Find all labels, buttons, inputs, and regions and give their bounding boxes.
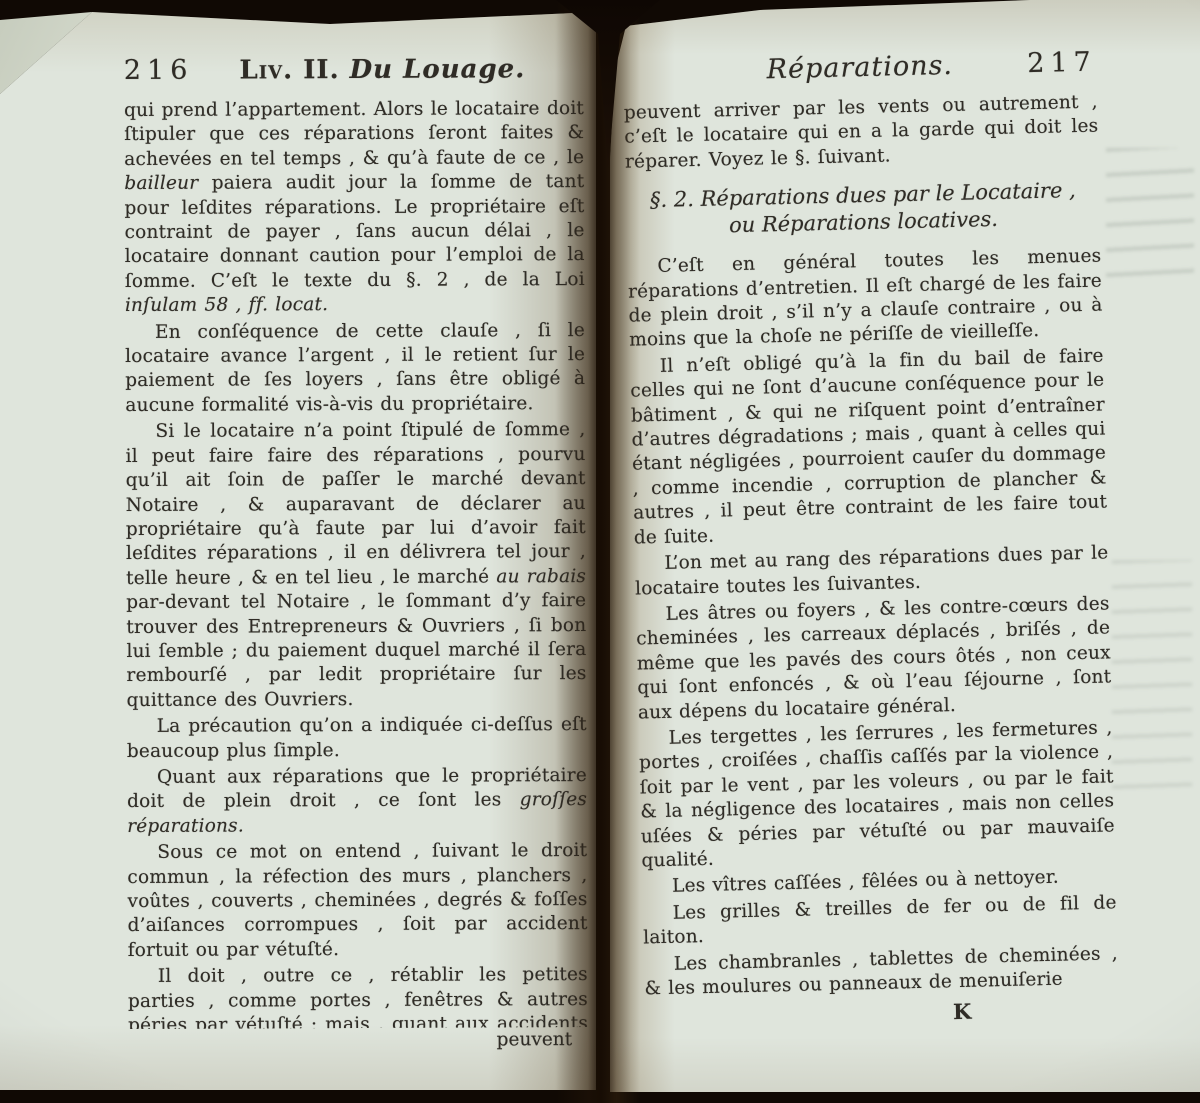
text-run: L’on met au rang des réparations dues pa…: [635, 542, 1109, 599]
right-page-number: 217: [1027, 47, 1097, 80]
paragraph: Si le locataire n’a point ſtipulé de ſom…: [125, 418, 586, 713]
left-running-title: Liv. II.Du Louage.: [239, 54, 525, 85]
left-page-number: 216: [124, 55, 194, 86]
signature-mark: K: [645, 996, 1119, 1032]
paragraph: L’on met au rang des réparations dues pa…: [634, 541, 1109, 601]
text-run: Les grilles & treilles de fer ou de fil …: [643, 892, 1117, 949]
left-page-text: 216 Liv. II.Du Louage. qui prend l’appar…: [124, 53, 588, 1055]
right-running-title: Réparations.: [766, 50, 953, 85]
text-run: Les chambranles , tablettes de cheminées…: [644, 943, 1118, 1000]
text-run: bailleur: [124, 173, 198, 194]
catchword: peuvent: [128, 1029, 588, 1052]
book-photo-background: 216 Liv. II.Du Louage. qui prend l’appar…: [0, 0, 1200, 1103]
text-run: peuvent arriver par les vents ou autreme…: [624, 92, 1099, 173]
paragraph: Quant aux réparations que le propriétair…: [127, 764, 587, 839]
paragraph: peuvent arriver par les vents ou autreme…: [624, 91, 1100, 175]
paragraph: Les grilles & treilles de fer ou de fil …: [642, 891, 1117, 951]
section-heading: §. 2. Réparations dues par le Locataire …: [626, 177, 1101, 242]
running-title-roman: Liv. II.: [239, 55, 339, 85]
paragraph: Sous ce mot on entend , ſuivant le droit…: [127, 839, 588, 963]
text-run: au rabais: [496, 566, 586, 587]
text-run: Il n’eſt obligé qu’à la fin du bail de f…: [630, 345, 1107, 548]
text-run: Si le locataire n’a point ſtipulé de ſom…: [126, 419, 587, 588]
right-page-text: Réparations. 217 peuvent arriver par les…: [623, 47, 1121, 1068]
left-page-body: qui prend l’appartement. Alors le locata…: [124, 97, 588, 1029]
paragraph: La précaution qu’on a indiquée ci-deſſus…: [127, 713, 587, 764]
paragraph: Les tergettes , les ſerrures , les ferme…: [638, 716, 1115, 874]
paragraph: C’eſt en général toutes les menues répar…: [627, 245, 1103, 354]
text-run: Les tergettes , les ſerrures , les ferme…: [639, 717, 1115, 871]
running-title-italic: Du Louage.: [350, 54, 526, 85]
paragraph: Les chambranles , tablettes de cheminées…: [644, 942, 1119, 1002]
text-run: qui prend l’appartement. Alors le locata…: [124, 98, 584, 170]
paragraph: En conſéquence de cette clauſe , ſi le l…: [125, 319, 585, 419]
paragraph: Il doit , outre ce , rétablir les petite…: [128, 963, 588, 1029]
paragraph: Il n’eſt obligé qu’à la fin du bail de f…: [630, 344, 1108, 550]
text-run: inſulam 58 , ff. locat.: [125, 294, 328, 316]
text-run: En conſéquence de cette clauſe , ſi le l…: [125, 320, 585, 416]
left-running-header: 216 Liv. II.Du Louage.: [124, 53, 584, 93]
paragraph: qui prend l’appartement. Alors le locata…: [124, 97, 585, 319]
text-run: Il doit , outre ce , rétablir les petite…: [128, 964, 588, 1029]
paragraph: Les âtres ou foyers , & les contre-cœurs…: [635, 592, 1112, 725]
text-run: La précaution qu’on a indiquée ci-deſſus…: [127, 714, 587, 761]
text-run: Sous ce mot on entend , ſuivant le droit…: [127, 840, 587, 961]
text-run: par-devant tel Notaire , le ſommant d’y …: [126, 590, 586, 711]
text-run: C’eſt en général toutes les menues répar…: [628, 246, 1103, 351]
text-run: Les âtres ou foyers , & les contre-cœurs…: [636, 593, 1112, 723]
right-page-body-top: peuvent arriver par les vents ou autreme…: [624, 91, 1100, 175]
right-page-body-main: C’eſt en général toutes les menues répar…: [627, 245, 1118, 1002]
text-run: Quant aux réparations que le propriétair…: [127, 765, 587, 812]
